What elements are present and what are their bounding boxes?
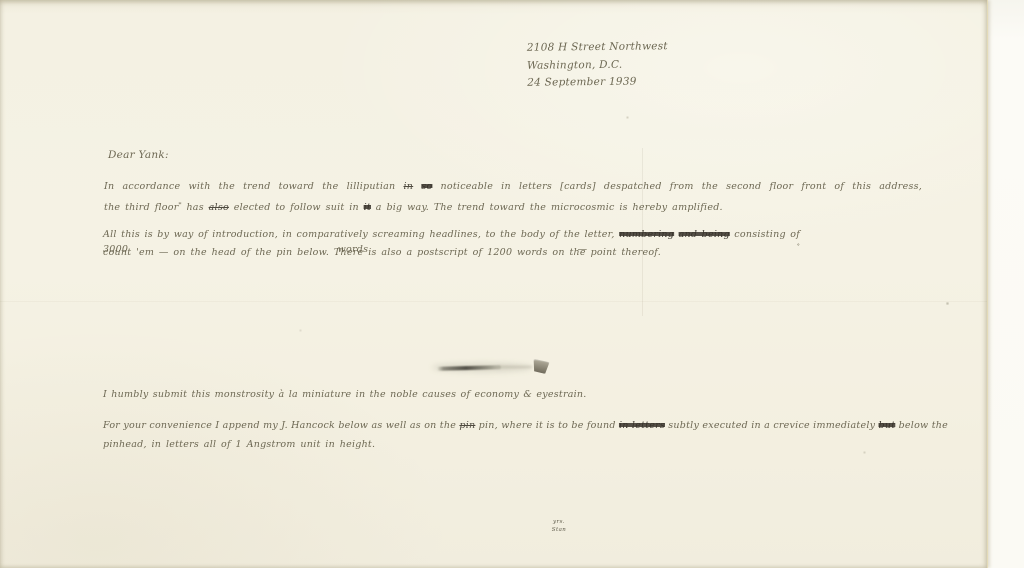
letter-line: I humbly submit this monstrosity à la mi… [103,389,587,401]
handwritten-text: has [182,202,209,213]
signature-name: Stan [537,526,581,534]
handwritten-text: count 'em — on the head of the pin below… [103,247,661,258]
handwritten-text: a big way. The trend toward the microcos… [371,202,723,213]
handwritten-text: pinhead, in letters all of 1 Angstrom un… [103,439,375,450]
paper-crease-horizontal [0,301,987,302]
handwritten-text: ° [797,244,800,250]
handwritten-text: the third floor [104,202,178,213]
handwritten-text: I humbly submit this monstrosity à la mi… [103,389,587,400]
struck-text: in [404,181,414,192]
handwritten-text: In accordance with the trend toward the … [104,181,404,192]
letter-line: pinhead, in letters all of 1 Angstrom un… [103,439,375,451]
struck-text: so [421,181,432,192]
struck-text: pin [459,420,475,431]
address-line-date: 24 September 1939 [527,73,668,92]
pin-head [531,359,550,375]
address-block: 2108 H Street Northwest Washington, D.C.… [527,38,669,92]
handwritten-text: elected to follow suit in [229,202,364,213]
handwritten-text: below the [895,420,948,431]
letter-line: count 'em — on the head of the pin below… [103,247,661,259]
address-line-city: Washington, D.C. [527,56,668,75]
handwritten-text: All this is by way of introduction, in c… [103,229,619,240]
letter-line: the third floor* has also elected to fol… [104,199,723,214]
handwritten-text: pin, where it is to be found [475,420,619,431]
salutation: Dear Yank: [108,149,169,161]
struck-text: it [364,202,371,213]
struck-text: also [209,202,229,213]
signature-yrs: yrs. [537,518,581,526]
paper-specks [0,0,1,1]
letter-line: For your convenience I append my J. Hanc… [103,420,948,432]
handwritten-text: subtly executed in a crevice immediately [665,420,879,431]
letter-paper: 2108 H Street Northwest Washington, D.C.… [0,0,988,568]
struck-text: in letters [619,420,665,431]
signature-block: yrs. Stan [537,518,581,534]
handwritten-text: noticeable in letters [cards] despatched… [432,181,922,192]
struck-text: numbering [619,229,674,240]
letter-line: In accordance with the trend toward the … [104,181,922,193]
struck-text: and being [679,229,730,240]
handwritten-text: For your convenience I append my J. Hanc… [103,420,459,431]
pin-shine [498,366,532,368]
struck-text: but [879,420,896,431]
pin-image [432,358,562,380]
address-line-street: 2108 H Street Northwest [527,38,668,57]
